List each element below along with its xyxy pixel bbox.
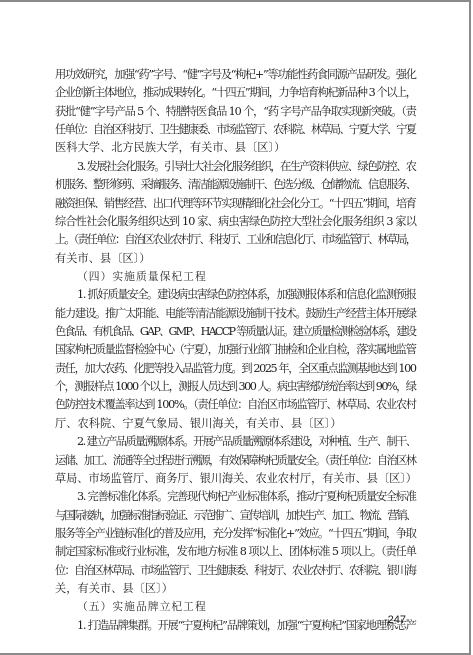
text-line: 责任，加大农药、化肥等投入品监管力度。到 2025 年，全区重点监测基地达到 1… <box>55 360 417 378</box>
text-line: 服务等全产业链标准化的普及应用，充分发挥“标准化+”效应。“十四五”期间，争取 <box>55 525 417 543</box>
text-line: 获批“健”字号产品 5 个、特膳特医食品 10 个，“药 字号产品争取实现新突破… <box>55 103 417 121</box>
text-line: 色防控技术覆盖率达到 100%。（责任单位：自治区市场监管厅、林草局、农业农村 <box>55 396 417 414</box>
responsibility-line: 有关市、县〔区〕） <box>55 250 417 268</box>
text-line: 用功效研究，加强“药”字号、“健”字号及“枸杞+”等功能性药食同源产品研发。强化 <box>55 66 417 84</box>
text-line: 色食品、有机食品、GAP、GMP、HACCP 等质量认证。建立质量检测检验体系，… <box>55 323 417 341</box>
paragraph-start-quality-safety: 1. 抓好质量安全。建设病虫害绿色防控体系，加强测报体系和信息化监测预报 <box>55 286 417 304</box>
text-line: 国家枸杞质量监督检验中心（宁夏），加强行业部门抽检和企业自检，落实属地监管 <box>55 341 417 359</box>
text-line: 融资担保、销售经营、出口代理等环节实现精细化社会化分工。“十四五”期间，培育 <box>55 195 417 213</box>
section-heading-quality: （四）实施质量保杞工程 <box>55 268 417 286</box>
responsibility-line: 位：自治区林草局、市场监管厅、卫生健康委、科技厅、农业农村厅、农科院、银川海 <box>55 562 417 580</box>
text-line: 制定国家标准或行业标准，发布地方标准 8 项以上、团体标准 5 项以上。（责任单 <box>55 543 417 561</box>
responsibility-line: 草局、市场监管厅、商务厅、银川海关、农业农村厅，有关市、县〔区〕） <box>55 470 417 488</box>
paragraph-start-brand-cluster: 1. 打造品牌集群。开展“宁夏枸杞”品牌策划，加强“宁夏枸杞”国家地理标志产 <box>55 617 417 635</box>
responsibility-line: 任单位：自治区科技厅、卫生健康委、市场监管厅、农科院、林草局、宁夏大学、宁夏 <box>55 121 417 139</box>
paragraph-start-standardization: 3. 完善标准化体系。完善现代枸杞产业标准体系，推动宁夏枸杞质量安全标准 <box>55 488 417 506</box>
text-line: 综合性社会化服务组织达到 10 家、病虫害绿色防控大型社会化服务组织 3 家以 <box>55 213 417 231</box>
responsibility-line: 医科大学、北方民族大学，有关市、县〔区〕） <box>55 139 417 157</box>
responsibility-line: 关，有关市、县〔区〕） <box>55 580 417 598</box>
paragraph-start-traceability: 2. 建立产品质量溯源体系。开展产品质量溯源体系建设，对种植、生产、制干、 <box>55 433 417 451</box>
document-page: 用功效研究，加强“药”字号、“健”字号及“枸杞+”等功能性药食同源产品研发。强化… <box>0 0 471 655</box>
text-line: 运储、加工、流通等全过程进行溯源，有效保障枸杞质量安全。（责任单位：自治区林 <box>55 452 417 470</box>
section-heading-brand: （五）实施品牌立杞工程 <box>55 598 417 616</box>
text-line: 能力建设。推广太阳能、电能等清洁能源设施制干技术。鼓励生产经营主体开展绿 <box>55 305 417 323</box>
text-line: 与国际接轨，加强标准指标验证、示范推广、宣传培训，加快生产、加工、物流、营销、 <box>55 507 417 525</box>
page-body-text: 用功效研究，加强“药”字号、“健”字号及“枸杞+”等功能性药食同源产品研发。强化… <box>55 66 417 635</box>
text-line: 个，测报样点 1000 个以上，测报人员达到 300 人。病虫害统防统治率达到 … <box>55 378 417 396</box>
paragraph-start-social-services: 3. 发展社会化服务。引导壮大社会化服务组织，在生产资料供应、绿色防控、农 <box>55 158 417 176</box>
text-line: 机服务、整形修剪、采摘服务、清洁能源设施制干、色选分级、仓储物流、信息服务、 <box>55 176 417 194</box>
responsibility-line: 上。（责任单位：自治区农业农村厅、科技厅、工业和信息化厅、市场监管厅、林草局， <box>55 231 417 249</box>
page-number: -247- <box>384 614 410 626</box>
responsibility-line: 厅、农科院、宁夏气象局、银川海关，有关市、县〔区〕） <box>55 415 417 433</box>
text-line: 企业创新主体地位，推动成果转化。“十四五”期间，力争培育枸杞新品种 3 个以上， <box>55 84 417 102</box>
